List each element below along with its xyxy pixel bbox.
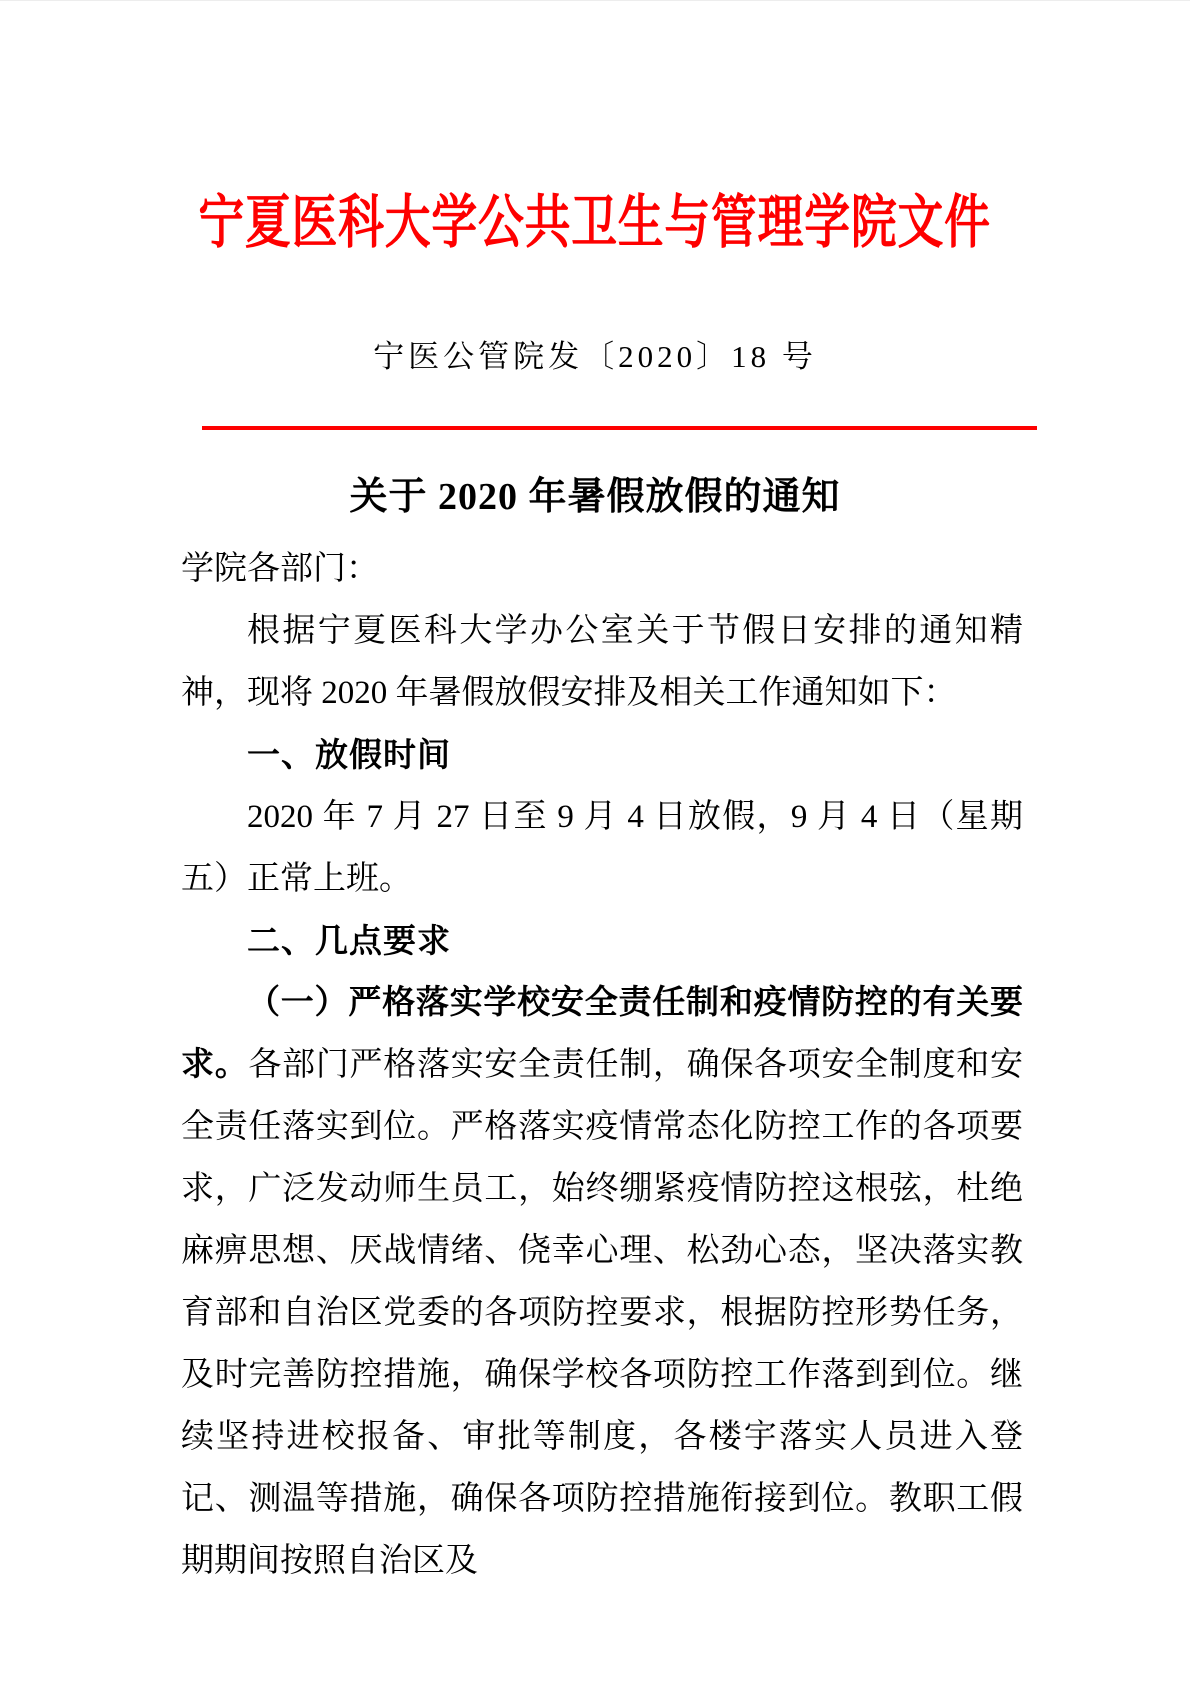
section-1-paragraph: 2020 年 7 月 27 日至 9 月 4 日放假，9 月 4 日（星期五）正…: [181, 786, 1023, 910]
doc-number: 宁医公管院发〔2020〕18 号: [0, 335, 1190, 379]
document-page: 宁夏医科大学公共卫生与管理学院文件 宁医公管院发〔2020〕18 号 关于 20…: [0, 0, 1190, 1684]
notice-title: 关于 2020 年暑假放假的通知: [0, 471, 1190, 523]
letterhead-org-title-text: 宁夏医科大学公共卫生与管理学院文件: [199, 187, 991, 259]
intro-paragraph: 根据宁夏医科大学办公室关于节假日安排的通知精神，现将 2020 年暑假放假安排及…: [181, 600, 1023, 724]
section-2-heading: 二、几点要求: [181, 910, 1023, 972]
salutation: 学院各部门：: [181, 538, 1023, 600]
section-2-item-1: （一）严格落实学校安全责任制和疫情防控的有关要求。各部门严格落实安全责任制，确保…: [181, 972, 1023, 1592]
document-body: 学院各部门： 根据宁夏医科大学办公室关于节假日安排的通知精神，现将 2020 年…: [181, 538, 1023, 1592]
letterhead-org-title: 宁夏医科大学公共卫生与管理学院文件: [0, 187, 1190, 259]
red-separator-line: [202, 426, 1037, 430]
item-1-text: 各部门严格落实安全责任制，确保各项安全制度和安全责任落实到位。严格落实疫情常态化…: [181, 1047, 1023, 1579]
section-1-heading: 一、放假时间: [181, 724, 1023, 786]
